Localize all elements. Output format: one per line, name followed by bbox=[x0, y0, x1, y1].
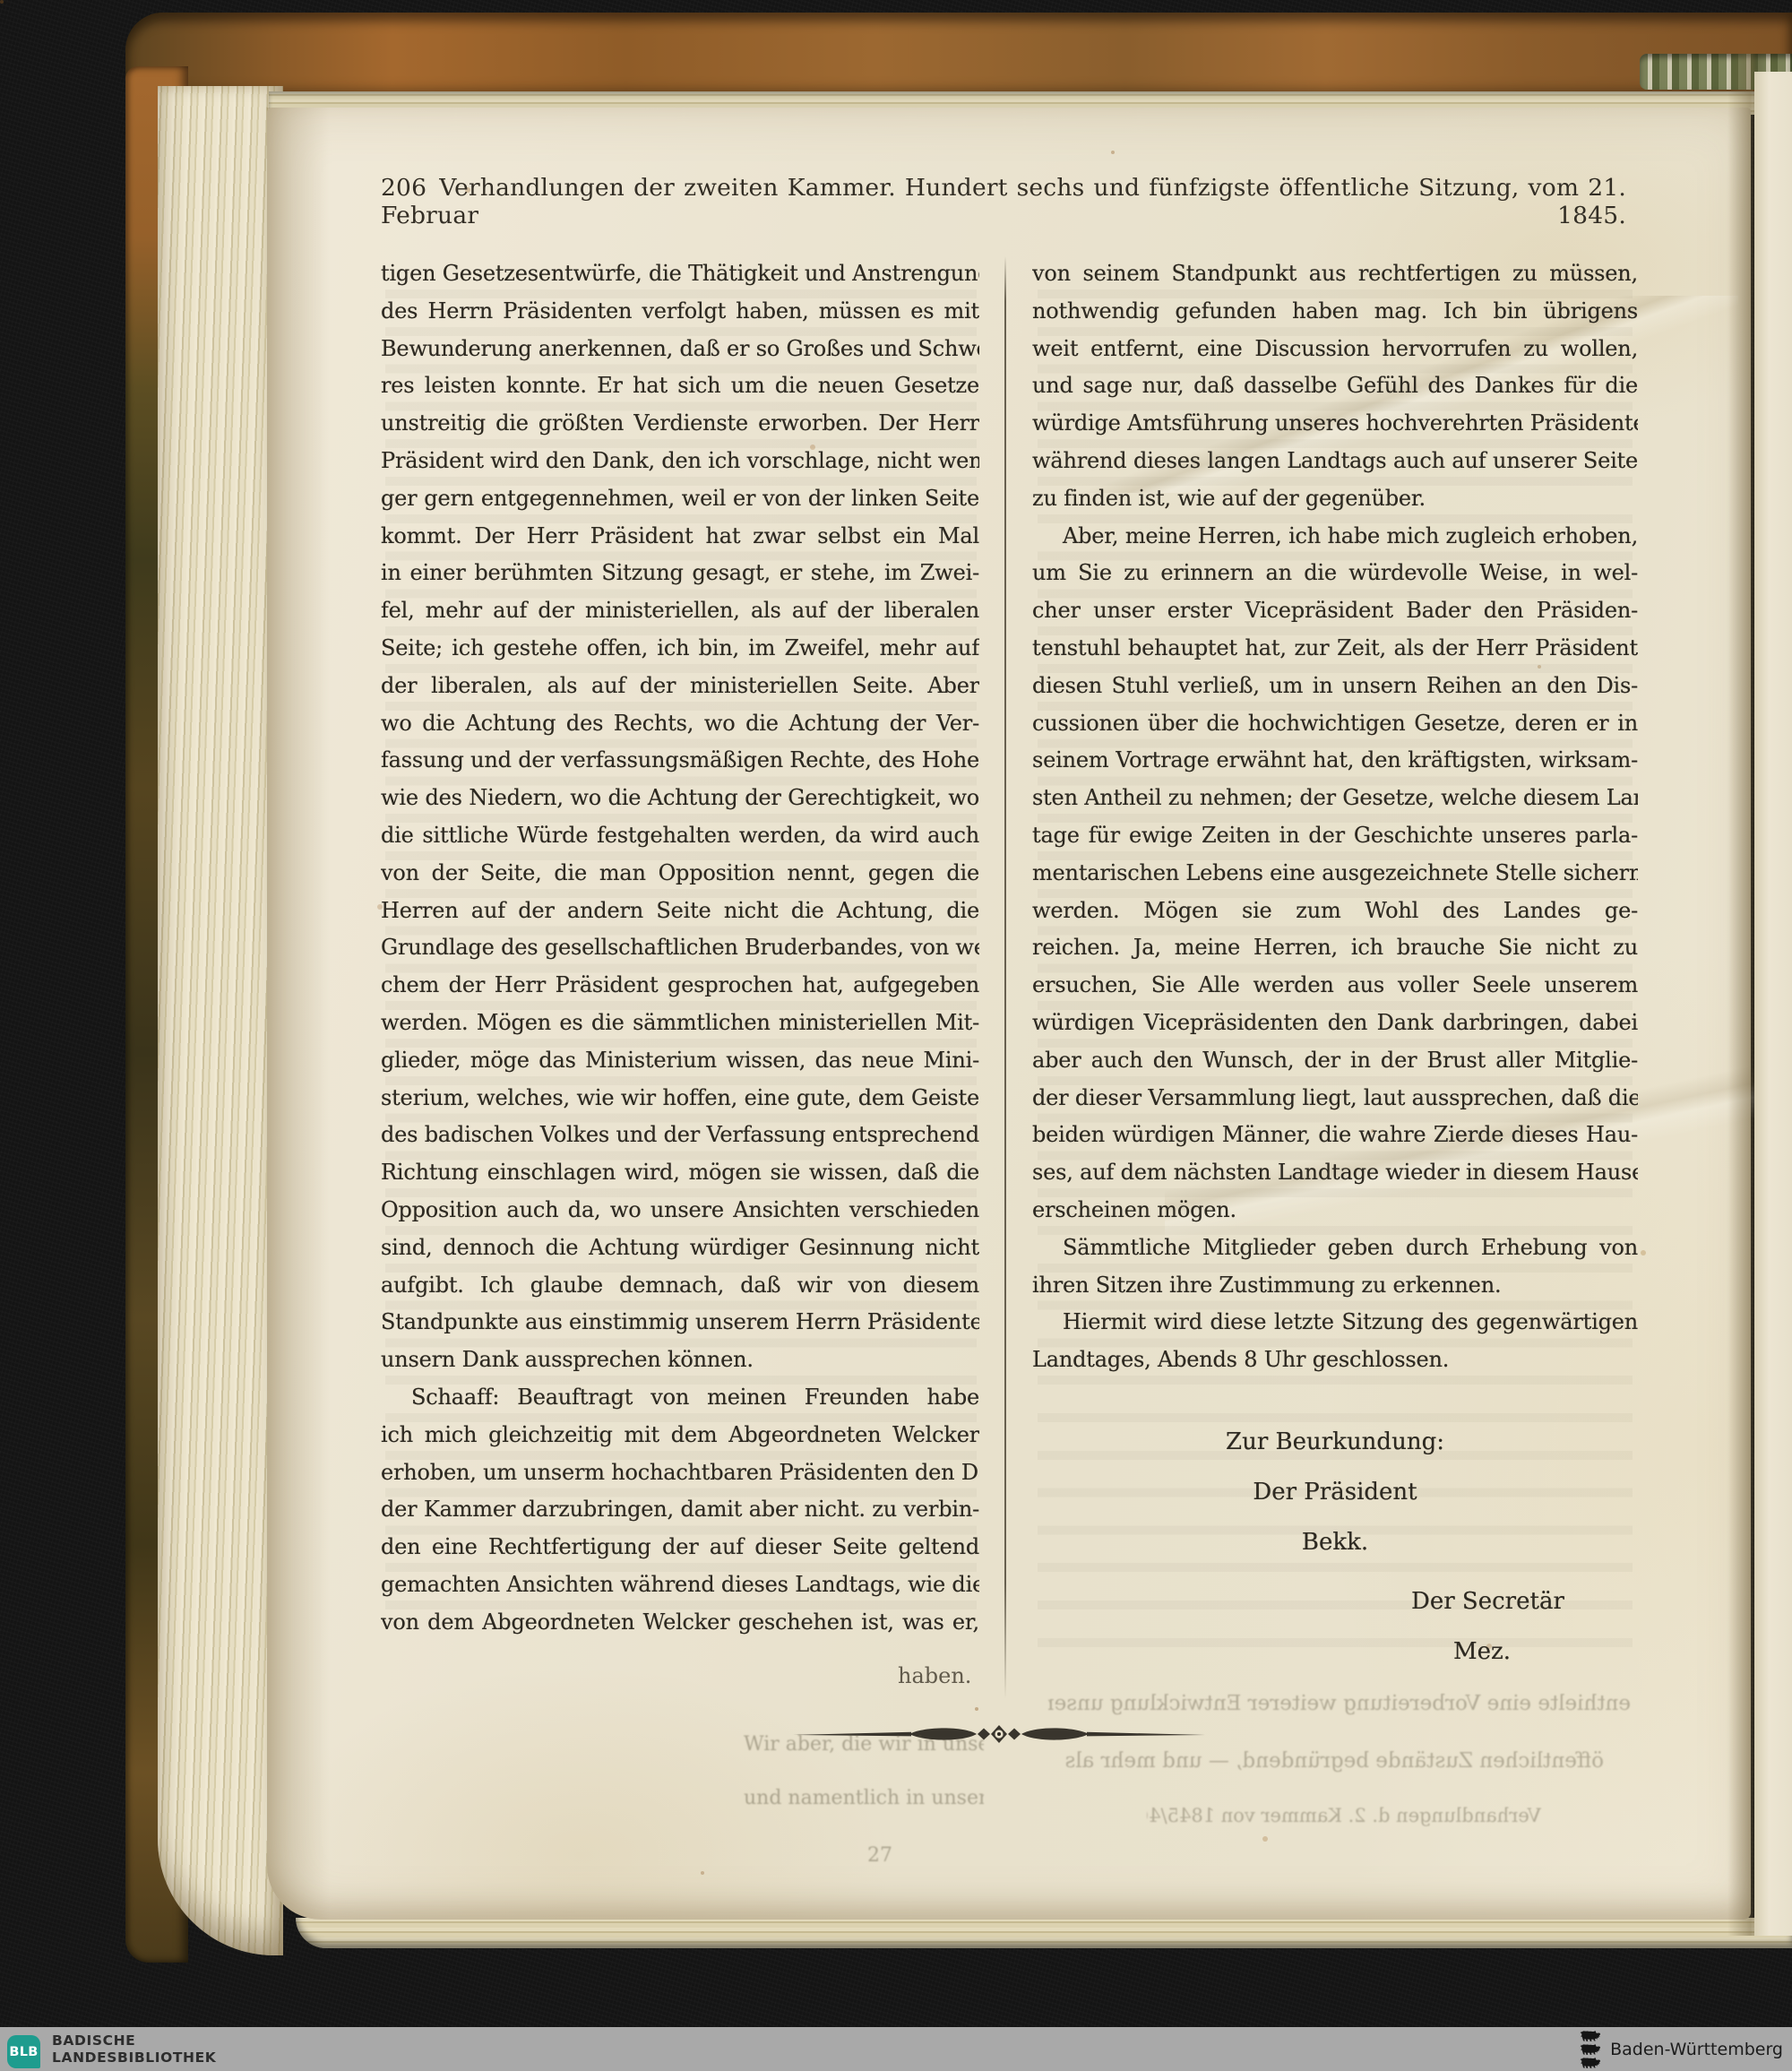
text-line: diesen Stuhl verließ, um in unsern Reihe… bbox=[1032, 668, 1638, 705]
text-line: tigen Gesetzesentwürfe, die Thätigkeit u… bbox=[381, 255, 979, 293]
text-line: ersuchen, Sie Alle werden aus voller See… bbox=[1032, 967, 1638, 1005]
text-line: von dem Abgeordneten Welcker geschehen i… bbox=[381, 1604, 979, 1642]
text-line: sterium, welches, wie wir hoffen, eine g… bbox=[381, 1080, 979, 1117]
text-line: würdigen Vicepräsidenten den Dank darbri… bbox=[1032, 1005, 1638, 1042]
text-line: chem der Herr Präsident gesprochen hat, … bbox=[381, 967, 979, 1005]
text-line: kommt. Der Herr Präsident hat zwar selbs… bbox=[381, 518, 979, 556]
text-line: ses, auf dem nächsten Landtage wieder in… bbox=[1032, 1154, 1638, 1192]
text-line: tage für ewige Zeiten in der Geschichte … bbox=[1032, 817, 1638, 855]
page-header: 206Verhandlungen der zweiten Kammer. Hun… bbox=[381, 174, 1626, 229]
blb-logo-text: BLB bbox=[9, 2045, 38, 2059]
text-line: würdige Amtsführung unseres hochverehrte… bbox=[1032, 405, 1638, 443]
president-title: Der Präsident bbox=[1032, 1479, 1638, 1506]
text-line: cher unser erster Vicepräsident Bader de… bbox=[1032, 592, 1638, 630]
text-line: fel, mehr auf der ministeriellen, als au… bbox=[381, 592, 979, 630]
page-number: 206 bbox=[381, 174, 426, 202]
book-top-leather-edge bbox=[125, 13, 1792, 99]
library-name-line1: BADISCHE bbox=[52, 2032, 216, 2049]
text-line: ich mich gleichzeitig mit dem Abgeordnet… bbox=[381, 1417, 979, 1454]
catchword: haben. bbox=[898, 1663, 971, 1688]
text-line: ihren Sitzen ihre Zustimmung zu erkennen… bbox=[1032, 1267, 1638, 1305]
page-stack-bottom-edges bbox=[296, 1918, 1792, 1948]
text-line: Landtages, Abends 8 Uhr geschlossen. bbox=[1032, 1342, 1638, 1379]
text-line: weit entfernt, eine Discussion hervorruf… bbox=[1032, 331, 1638, 368]
facing-page-sliver bbox=[1754, 72, 1792, 1936]
bleed-through-line: und namentlich in unsern Berathungen übe… bbox=[744, 1787, 984, 1809]
text-line: mentarischen Lebens eine ausgezeichnete … bbox=[1032, 855, 1638, 893]
text-line: sind, dennoch die Achtung würdiger Gesin… bbox=[381, 1230, 979, 1267]
text-line: ger gern entgegennehmen, weil er von der… bbox=[381, 480, 979, 518]
bleed-through-line-mirrored: enthielte eine Vorbereitung weiterer Ent… bbox=[1048, 1692, 1631, 1715]
page-left-shade bbox=[267, 108, 330, 1920]
text-line: des badischen Volkes und der Verfassung … bbox=[381, 1117, 979, 1154]
attestation-line: Zur Beurkundung: bbox=[1032, 1428, 1638, 1455]
text-line: cussionen über die hochwichtigen Gesetze… bbox=[1032, 705, 1638, 743]
text-line: sten Antheil zu nehmen; der Gesetze, wel… bbox=[1032, 780, 1638, 817]
text-line: Sämmtliche Mitglieder geben durch Erhebu… bbox=[1032, 1230, 1638, 1267]
text-line: Seite; ich gestehe offen, ich bin, im Zw… bbox=[381, 630, 979, 668]
text-line: unsern Dank aussprechen können. bbox=[381, 1342, 979, 1379]
secretary-name: Mez. bbox=[1453, 1638, 1511, 1665]
text-column-right: von seinem Standpunkt aus rechtfertigen … bbox=[1032, 255, 1638, 1379]
text-line: Bewunderung anerkennen, daß er so Großes… bbox=[381, 331, 979, 368]
text-line: der dieser Versammlung liegt, laut aussp… bbox=[1032, 1080, 1638, 1117]
text-line: Standpunkte aus einstimmig unserem Herrn… bbox=[381, 1304, 979, 1342]
text-line: die sittliche Würde festgehalten werden,… bbox=[381, 817, 979, 855]
text-line: der Kammer darzubringen, damit aber nich… bbox=[381, 1491, 979, 1529]
text-line: während dieses langen Landtags auch auf … bbox=[1032, 443, 1638, 480]
text-line: Hiermit wird diese letzte Sitzung des ge… bbox=[1032, 1304, 1638, 1342]
column-divider-rule bbox=[1004, 256, 1006, 1699]
text-line: in einer berühmten Sitzung gesagt, er st… bbox=[381, 555, 979, 592]
text-line: gemachten Ansichten während dieses Landt… bbox=[381, 1566, 979, 1604]
text-line: erscheinen mögen. bbox=[1032, 1192, 1638, 1230]
text-line: den eine Rechtfertigung der auf dieser S… bbox=[381, 1529, 979, 1566]
foxing-spots bbox=[0, 0, 4, 4]
text-line: tenstuhl behauptet hat, zur Zeit, als de… bbox=[1032, 630, 1638, 668]
library-name-line2: LANDESBIBLIOTHEK bbox=[52, 2049, 216, 2067]
text-line: wo die Achtung des Rechts, wo die Achtun… bbox=[381, 705, 979, 743]
state-branding: Baden-Württemberg bbox=[1578, 2030, 1783, 2069]
text-line: glieder, möge das Ministerium wissen, da… bbox=[381, 1042, 979, 1080]
text-line: werden. Mögen sie zum Wohl des Landes ge… bbox=[1032, 893, 1638, 930]
bleed-through-line-mirrored: Verhandlungen d. 2. Kammer von 1845/46, … bbox=[1147, 1805, 1541, 1826]
text-line: der liberalen, als auf der ministerielle… bbox=[381, 668, 979, 705]
text-line: aber auch den Wunsch, der in der Brust a… bbox=[1032, 1042, 1638, 1080]
text-line: reichen. Ja, meine Herren, ich brauche S… bbox=[1032, 929, 1638, 967]
text-line: und sage nur, daß dasselbe Gefühl des Da… bbox=[1032, 367, 1638, 405]
text-column-left: tigen Gesetzesentwürfe, die Thätigkeit u… bbox=[381, 255, 979, 1641]
text-line: seinem Vortrage erwähnt hat, den kräftig… bbox=[1032, 742, 1638, 780]
president-name: Bekk. bbox=[1032, 1529, 1638, 1556]
running-title: Verhandlungen der zweiten Kammer. Hunder… bbox=[381, 174, 1626, 229]
text-line: werden. Mögen es die sämmtlichen ministe… bbox=[381, 1005, 979, 1042]
text-line: Richtung einschlagen wird, mögen sie wis… bbox=[381, 1154, 979, 1192]
text-line: Grundlage des gesellschaftlichen Bruderb… bbox=[381, 929, 979, 967]
baden-wuerttemberg-coat-of-arms-icon bbox=[1578, 2030, 1603, 2069]
blb-logo: BLB bbox=[7, 2035, 40, 2068]
text-line: fassung und der verfassungsmäßigen Recht… bbox=[381, 742, 979, 780]
text-line: Herren auf der andern Seite nicht die Ac… bbox=[381, 893, 979, 930]
bleed-through-line: Wir aber, die wir in unsern Commissionss… bbox=[744, 1733, 984, 1756]
digitized-book-photo: 206Verhandlungen der zweiten Kammer. Hun… bbox=[0, 0, 1792, 2071]
library-footer-bar: BLB BADISCHE LANDESBIBLIOTHEK Baden-Würt… bbox=[0, 2027, 1792, 2071]
text-line: beiden würdigen Männer, die wahre Zierde… bbox=[1032, 1117, 1638, 1154]
text-line: wie des Niedern, wo die Achtung der Gere… bbox=[381, 780, 979, 817]
text-line: Schaaff: Beauftragt von meinen Freunden … bbox=[381, 1379, 979, 1417]
text-line: von seinem Standpunkt aus rechtfertigen … bbox=[1032, 255, 1638, 293]
library-name: BADISCHE LANDESBIBLIOTHEK bbox=[52, 2032, 216, 2067]
text-line: unstreitig die größten Verdienste erworb… bbox=[381, 405, 979, 443]
text-line: um Sie zu erinnern an die würdevolle Wei… bbox=[1032, 555, 1638, 592]
page-stack-left-edges bbox=[158, 86, 283, 1955]
text-line: Aber, meine Herren, ich habe mich zuglei… bbox=[1032, 518, 1638, 556]
text-line: erhoben, um unserm hochachtbaren Präside… bbox=[381, 1454, 979, 1492]
text-line: nothwendig gefunden haben mag. Ich bin ü… bbox=[1032, 293, 1638, 331]
secretary-title: Der Secretär bbox=[1411, 1588, 1564, 1615]
state-label: Baden-Württemberg bbox=[1610, 2040, 1783, 2059]
text-line: aufgibt. Ich glaube demnach, daß wir von… bbox=[381, 1267, 979, 1305]
bleed-through-line-mirrored: öffentlichen Zustände begründend, — und … bbox=[1066, 1749, 1604, 1773]
text-line: Präsident wird den Dank, den ich vorschl… bbox=[381, 443, 979, 480]
text-line: zu finden ist, wie auf der gegenüber. bbox=[1032, 480, 1638, 518]
text-line: Opposition auch da, wo unsere Ansichten … bbox=[381, 1192, 979, 1230]
bleed-through-page-number: 27 bbox=[867, 1844, 921, 1867]
text-line: res leisten konnte. Er hat sich um die n… bbox=[381, 367, 979, 405]
text-line: von der Seite, die man Opposition nennt,… bbox=[381, 855, 979, 893]
text-line: des Herrn Präsidenten verfolgt haben, mü… bbox=[381, 293, 979, 331]
